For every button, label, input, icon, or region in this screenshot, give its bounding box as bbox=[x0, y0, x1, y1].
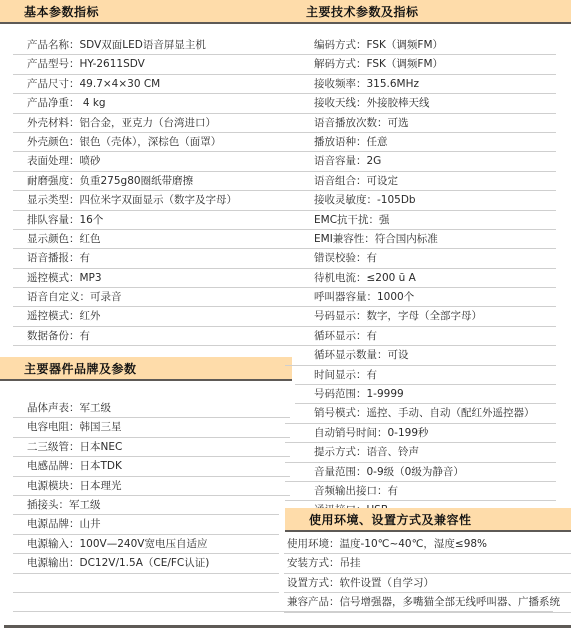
list-item: 循环显示数量：可设 bbox=[285, 346, 556, 365]
spec-text: 电感品牌：日本TDK bbox=[27, 457, 122, 476]
list-item: 电容电阻：韩国三星 bbox=[13, 418, 290, 437]
spec-text: 电源品牌：山井 bbox=[27, 515, 101, 534]
list-item: 电源模块：日本理光 bbox=[13, 477, 290, 496]
list-item: 播放语种：任意 bbox=[285, 133, 556, 152]
components-list: 晶体声表：军工级 电容电阻：韩国三星 二三级管：日本NEC 电感品牌：日本TDK… bbox=[13, 399, 290, 612]
spec-text: 数据备份：有 bbox=[27, 327, 90, 346]
spec-text: 兼容产品：信号增强器，多嘴猫全部无线呼叫器、广播系统 bbox=[287, 593, 560, 612]
spec-text: 排队容量：16个 bbox=[27, 211, 103, 230]
list-item: 外壳颜色：银色（壳体），深棕色（面罩） bbox=[13, 133, 290, 152]
list-item-empty bbox=[13, 574, 279, 593]
list-item: 循环显示：有 bbox=[285, 327, 556, 346]
spec-text: 电源输入：100V—240V宽电压自适应 bbox=[27, 535, 207, 554]
spec-text: 循环显示：有 bbox=[314, 327, 377, 346]
spec-text: 号码范围：1-9999 bbox=[314, 385, 404, 404]
list-item: 产品净重： 4 kg bbox=[13, 94, 290, 113]
spec-text: 显示类型：四位米字双面显示（数字及字母） bbox=[27, 191, 237, 210]
list-item: 显示类型：四位米字双面显示（数字及字母） bbox=[13, 191, 290, 210]
spec-text: 安装方式：吊挂 bbox=[287, 554, 361, 573]
section-title-basic-params: 基本参数指标 bbox=[24, 3, 99, 20]
basic-params-list: 产品名称：SDV双面LED语音屏显主机 产品型号：HY-2611SDV 产品尺寸… bbox=[13, 36, 290, 366]
list-item: 销号模式：遥控、手动、自动（配红外遥控器） bbox=[285, 404, 556, 423]
spec-text: 电源模块：日本理光 bbox=[27, 477, 122, 496]
spec-text: 外壳颜色：银色（壳体），深棕色（面罩） bbox=[27, 133, 221, 152]
list-item: 电源输入：100V—240V宽电压自适应 bbox=[13, 535, 279, 554]
spec-text: 解码方式：FSK（调频FM） bbox=[314, 55, 443, 74]
spec-text: 播放语种：任意 bbox=[314, 133, 388, 152]
spec-text: 编码方式：FSK（调频FM） bbox=[314, 36, 443, 55]
spec-text: 音频输出接口：有 bbox=[314, 482, 398, 501]
list-item: 表面处理：喷砂 bbox=[13, 152, 290, 171]
spec-text: 语音自定义：可录音 bbox=[27, 288, 122, 307]
spec-text: 错误校验：有 bbox=[314, 249, 377, 268]
list-item: 电源品牌：山井 bbox=[13, 515, 279, 534]
list-item: 语音自定义：可录音 bbox=[13, 288, 290, 307]
section-header-basic-params: 基本参数指标 bbox=[0, 0, 292, 24]
spec-text: 接收频率：315.6MHz bbox=[314, 75, 419, 94]
list-item: 晶体声表：军工级 bbox=[13, 399, 290, 418]
list-item: 呼叫器容量：1000个 bbox=[285, 288, 556, 307]
list-item: 排队容量：16个 bbox=[13, 211, 290, 230]
section-header-environment: 使用环境、设置方式及兼容性 bbox=[285, 508, 571, 532]
spec-text: 产品净重： 4 kg bbox=[27, 94, 106, 113]
spec-text: 待机电流：≤200 ū A bbox=[314, 269, 416, 288]
spec-text: 时间显示：有 bbox=[314, 366, 377, 385]
section-title-components: 主要器件品牌及参数 bbox=[24, 360, 137, 377]
spec-text: EMI兼容性：符合国内标准 bbox=[314, 230, 438, 249]
list-item: 接收灵敏度：-105Db bbox=[285, 191, 556, 210]
list-item: 错误校验：有 bbox=[285, 249, 556, 268]
list-item: 接收天线：外接胶棒天线 bbox=[285, 94, 556, 113]
list-item: 安装方式：吊挂 bbox=[284, 554, 571, 573]
list-item: 编码方式：FSK（调频FM） bbox=[285, 36, 556, 55]
spec-text: 晶体声表：军工级 bbox=[27, 399, 111, 418]
spec-text: 音量范围：0-9级（0级为静音） bbox=[314, 463, 464, 482]
list-item: 号码范围：1-9999 bbox=[295, 385, 556, 404]
list-item: 提示方式：语音、铃声 bbox=[285, 443, 556, 462]
list-item: 号码显示：数字，字母（全部字母） bbox=[285, 307, 556, 326]
spec-text: 语音播报：有 bbox=[27, 249, 90, 268]
technical-params-list: 编码方式：FSK（调频FM） 解码方式：FSK（调频FM） 接收频率：315.6… bbox=[285, 36, 556, 521]
spec-text: 使用环境：温度-10℃~40℃，湿度≤98% bbox=[287, 535, 487, 554]
list-item: 语音容量：2G bbox=[285, 152, 556, 171]
section-title-environment: 使用环境、设置方式及兼容性 bbox=[309, 511, 472, 528]
list-item: 解码方式：FSK（调频FM） bbox=[285, 55, 556, 74]
list-item: 显示颜色：红色 bbox=[13, 230, 290, 249]
list-item: 二三级管：日本NEC bbox=[13, 438, 290, 457]
list-item: 语音播放次数：可选 bbox=[285, 114, 556, 133]
list-item: 遥控模式：MP3 bbox=[13, 269, 290, 288]
list-item: EMI兼容性：符合国内标准 bbox=[285, 230, 556, 249]
list-item: EMC抗干扰：强 bbox=[285, 211, 556, 230]
spec-text: 耐磨强度：负重275g80圈纸带磨擦 bbox=[27, 172, 193, 191]
spec-text: 销号模式：遥控、手动、自动（配红外遥控器） bbox=[314, 404, 535, 423]
spec-text: 遥控模式：红外 bbox=[27, 307, 101, 326]
bottom-rule bbox=[4, 625, 571, 628]
list-item: 音量范围：0-9级（0级为静音） bbox=[285, 463, 556, 482]
spec-text: 呼叫器容量：1000个 bbox=[314, 288, 414, 307]
list-item: 接收频率：315.6MHz bbox=[285, 75, 556, 94]
spec-text: 设置方式：软件设置（自学习） bbox=[287, 574, 434, 593]
list-item: 语音组合：可设定 bbox=[285, 172, 556, 191]
spec-text: 自动销号时间：0-199秒 bbox=[314, 424, 429, 443]
spec-text: 接收灵敏度：-105Db bbox=[314, 191, 416, 210]
list-item: 耐磨强度：负重275g80圈纸带磨擦 bbox=[13, 172, 290, 191]
section-title-technical-params: 主要技术参数及指标 bbox=[306, 3, 419, 20]
list-item: 语音播报：有 bbox=[13, 249, 290, 268]
list-item: 电感品牌：日本TDK bbox=[13, 457, 290, 476]
spec-text: 电源输出：DC12V/1.5A（CE/FC认证) bbox=[27, 554, 209, 573]
spec-text: 电容电阻：韩国三星 bbox=[27, 418, 122, 437]
list-item: 电源输出：DC12V/1.5A（CE/FC认证) bbox=[13, 554, 279, 573]
spec-text: 号码显示：数字，字母（全部字母） bbox=[314, 307, 482, 326]
list-item: 设置方式：软件设置（自学习） bbox=[284, 574, 571, 593]
list-item: 使用环境：温度-10℃~40℃，湿度≤98% bbox=[284, 535, 571, 554]
spec-text: 提示方式：语音、铃声 bbox=[314, 443, 419, 462]
section-header-technical-params: 主要技术参数及指标 bbox=[292, 0, 571, 24]
spec-text: 产品名称：SDV双面LED语音屏显主机 bbox=[27, 36, 206, 55]
spec-text: 接收天线：外接胶棒天线 bbox=[314, 94, 430, 113]
spec-text: 插接头：军工级 bbox=[27, 496, 101, 515]
spec-text: 遥控模式：MP3 bbox=[27, 269, 102, 288]
spec-text: 循环显示数量：可设 bbox=[314, 346, 409, 365]
spec-text: 表面处理：喷砂 bbox=[27, 152, 101, 171]
spec-text: 语音容量：2G bbox=[314, 152, 381, 171]
list-item: 外壳材料：铝合金，亚克力（台湾进口） bbox=[13, 114, 290, 133]
list-item: 数据备份：有 bbox=[13, 327, 290, 346]
section-header-components: 主要器件品牌及参数 bbox=[0, 357, 292, 381]
list-item: 时间显示：有 bbox=[295, 366, 556, 385]
list-item: 产品尺寸：49.7×4×30 CM bbox=[13, 75, 290, 94]
spec-text: 产品型号：HY-2611SDV bbox=[27, 55, 145, 74]
list-item: 产品型号：HY-2611SDV bbox=[13, 55, 290, 74]
list-item: 产品名称：SDV双面LED语音屏显主机 bbox=[13, 36, 290, 55]
list-item: 遥控模式：红外 bbox=[13, 307, 290, 326]
spec-text: 产品尺寸：49.7×4×30 CM bbox=[27, 75, 160, 94]
spec-text: 二三级管：日本NEC bbox=[27, 438, 122, 457]
environment-list: 使用环境：温度-10℃~40℃，湿度≤98% 安装方式：吊挂 设置方式：软件设置… bbox=[284, 535, 571, 613]
list-item: 自动销号时间：0-199秒 bbox=[285, 424, 556, 443]
spec-text: 语音播放次数：可选 bbox=[314, 114, 409, 133]
list-item: 待机电流：≤200 ū A bbox=[285, 269, 556, 288]
list-item: 音频输出接口：有 bbox=[285, 482, 556, 501]
list-item: 兼容产品：信号增强器，多嘴猫全部无线呼叫器、广播系统 bbox=[284, 593, 571, 612]
list-item: 插接头：军工级 bbox=[13, 496, 279, 515]
spec-text: 外壳材料：铝合金，亚克力（台湾进口） bbox=[27, 114, 216, 133]
spec-text: 显示颜色：红色 bbox=[27, 230, 101, 249]
spec-text: EMC抗干扰：强 bbox=[314, 211, 390, 230]
spec-text: 语音组合：可设定 bbox=[314, 172, 398, 191]
